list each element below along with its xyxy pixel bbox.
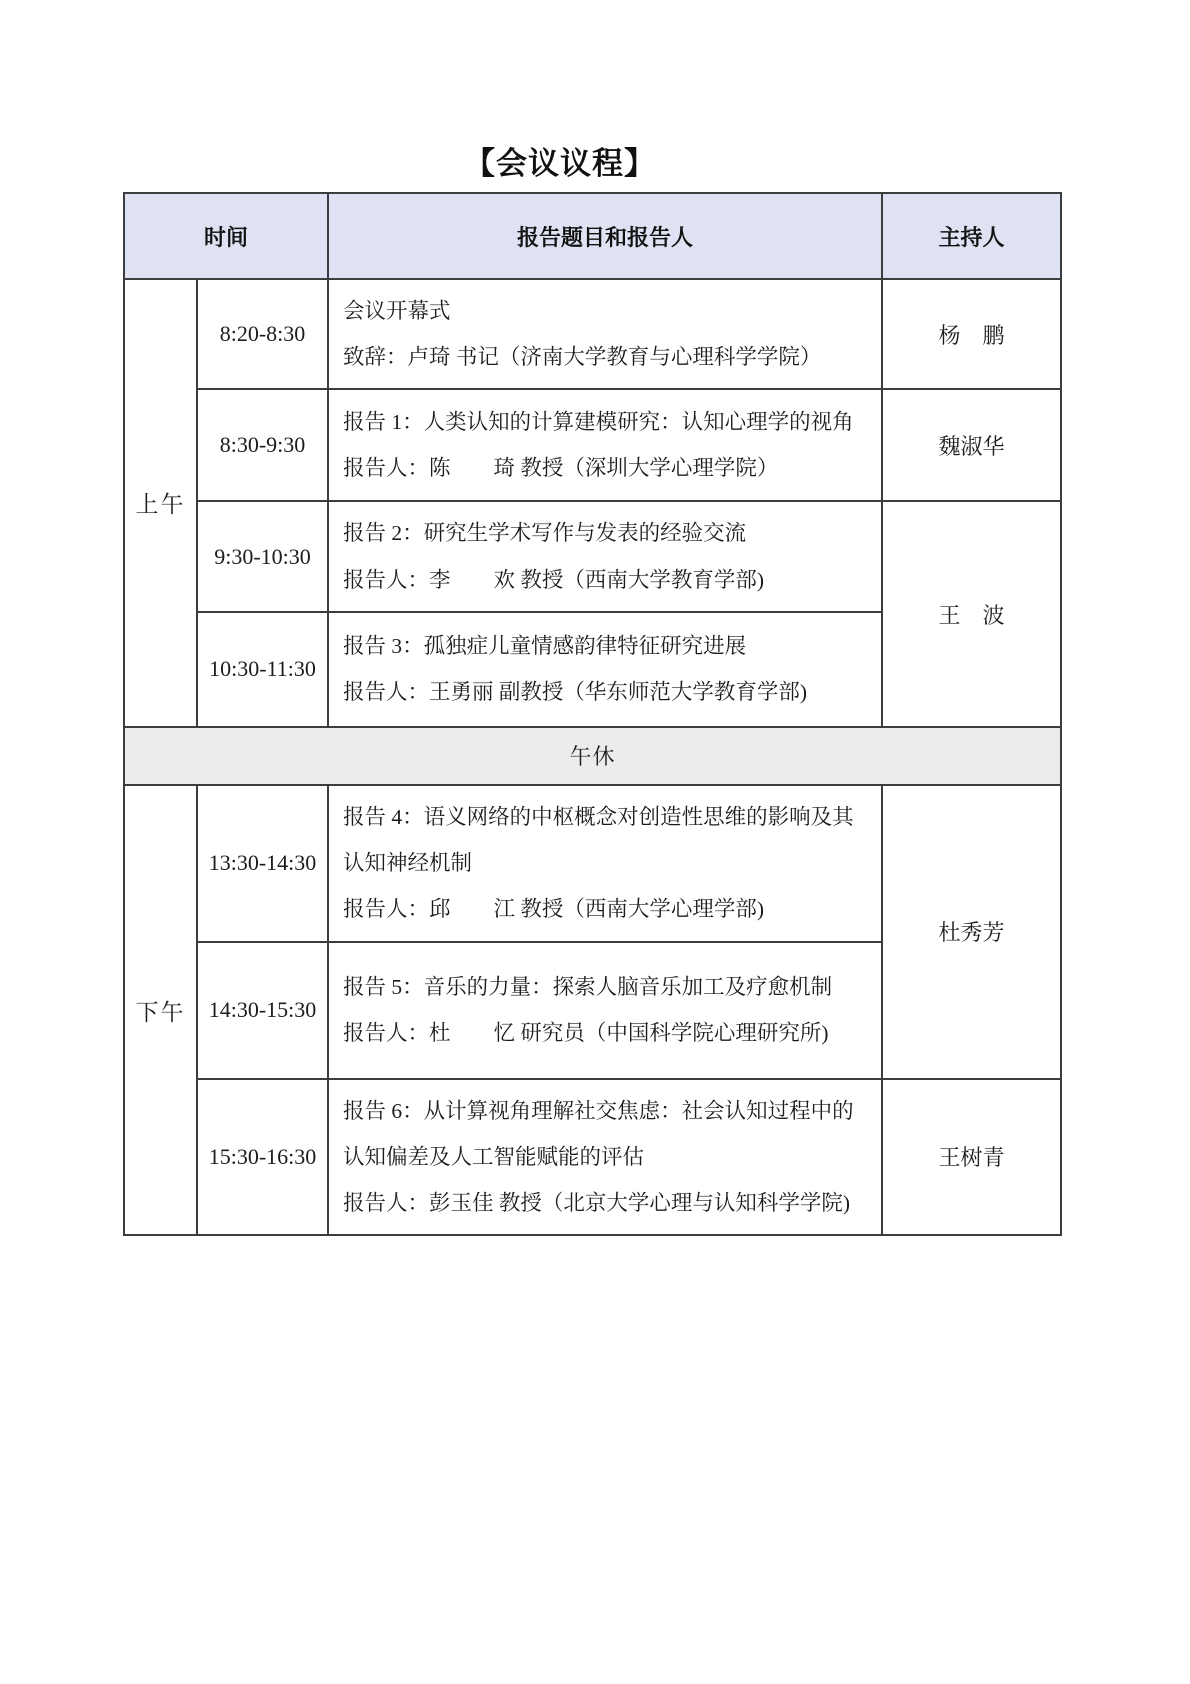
host-cell: 杜秀芳 — [882, 785, 1061, 1079]
host-cell: 王树青 — [882, 1079, 1061, 1236]
time-cell: 13:30-14:30 — [197, 785, 328, 942]
session-title: 报告 4：语义网络的中枢概念对创造性思维的影响及其认知神经机制 — [343, 794, 869, 886]
host-cell: 王 波 — [882, 501, 1061, 726]
session-title: 会议开幕式 — [343, 288, 869, 334]
time-cell: 8:20-8:30 — [197, 279, 328, 389]
session-cell: 报告 1：人类认知的计算建模研究：认知心理学的视角 报告人：陈 琦 教授（深圳大… — [328, 389, 882, 501]
time-cell: 14:30-15:30 — [197, 942, 328, 1079]
section-label-morning: 上午 — [124, 279, 197, 727]
table-row: 8:30-9:30 报告 1：人类认知的计算建模研究：认知心理学的视角 报告人：… — [124, 389, 1061, 501]
session-title: 报告 3：孤独症儿童情感韵律特征研究进展 — [343, 623, 869, 669]
lunch-break-label: 午休 — [124, 727, 1061, 785]
session-title: 报告 1：人类认知的计算建模研究：认知心理学的视角 — [343, 399, 869, 445]
table-row: 上午 8:20-8:30 会议开幕式 致辞：卢琦 书记（济南大学教育与心理科学学… — [124, 279, 1061, 389]
session-cell: 报告 3：孤独症儿童情感韵律特征研究进展 报告人：王勇丽 副教授（华东师范大学教… — [328, 612, 882, 727]
session-speaker: 报告人：彭玉佳 教授（北京大学心理与认知科学学院) — [343, 1180, 869, 1226]
session-speaker: 报告人：邱 江 教授（西南大学心理学部) — [343, 886, 869, 932]
session-cell: 报告 6：从计算视角理解社交焦虑：社会认知过程中的认知偏差及人工智能赋能的评估 … — [328, 1079, 882, 1236]
host-cell: 魏淑华 — [882, 389, 1061, 501]
time-cell: 9:30-10:30 — [197, 501, 328, 611]
time-cell: 15:30-16:30 — [197, 1079, 328, 1236]
session-cell: 报告 5：音乐的力量：探索人脑音乐加工及疗愈机制 报告人：杜 忆 研究员（中国科… — [328, 942, 882, 1079]
col-header-time: 时间 — [124, 193, 328, 279]
session-speaker: 报告人：陈 琦 教授（深圳大学心理学院） — [343, 445, 869, 491]
table-header-row: 时间 报告题目和报告人 主持人 — [124, 193, 1061, 279]
agenda-table: 时间 报告题目和报告人 主持人 上午 8:20-8:30 会议开幕式 致辞：卢琦… — [123, 192, 1062, 1236]
session-title: 报告 5：音乐的力量：探索人脑音乐加工及疗愈机制 — [343, 964, 869, 1010]
table-row: 下午 13:30-14:30 报告 4：语义网络的中枢概念对创造性思维的影响及其… — [124, 785, 1061, 942]
session-title: 报告 2：研究生学术写作与发表的经验交流 — [343, 510, 869, 556]
lunch-break-row: 午休 — [124, 727, 1061, 785]
col-header-content: 报告题目和报告人 — [328, 193, 882, 279]
page-title: 【会议议程】 — [0, 138, 1120, 183]
session-speaker: 报告人：杜 忆 研究员（中国科学院心理研究所) — [343, 1010, 869, 1056]
time-cell: 8:30-9:30 — [197, 389, 328, 501]
host-cell: 杨 鹏 — [882, 279, 1061, 389]
agenda-page: 【会议议程】 时间 报告题目和报告人 主持人 上午 8:20-8:30 会议开幕… — [0, 0, 1190, 1684]
session-cell: 会议开幕式 致辞：卢琦 书记（济南大学教育与心理科学学院） — [328, 279, 882, 389]
table-row: 9:30-10:30 报告 2：研究生学术写作与发表的经验交流 报告人：李 欢 … — [124, 501, 1061, 611]
section-label-afternoon: 下午 — [124, 785, 197, 1235]
session-speaker: 报告人：李 欢 教授（西南大学教育学部) — [343, 557, 869, 603]
session-cell: 报告 4：语义网络的中枢概念对创造性思维的影响及其认知神经机制 报告人：邱 江 … — [328, 785, 882, 942]
session-cell: 报告 2：研究生学术写作与发表的经验交流 报告人：李 欢 教授（西南大学教育学部… — [328, 501, 882, 611]
session-speaker: 致辞：卢琦 书记（济南大学教育与心理科学学院） — [343, 334, 869, 380]
table-row: 15:30-16:30 报告 6：从计算视角理解社交焦虑：社会认知过程中的认知偏… — [124, 1079, 1061, 1236]
col-header-host: 主持人 — [882, 193, 1061, 279]
session-title: 报告 6：从计算视角理解社交焦虑：社会认知过程中的认知偏差及人工智能赋能的评估 — [343, 1088, 869, 1180]
time-cell: 10:30-11:30 — [197, 612, 328, 727]
session-speaker: 报告人：王勇丽 副教授（华东师范大学教育学部) — [343, 669, 869, 715]
